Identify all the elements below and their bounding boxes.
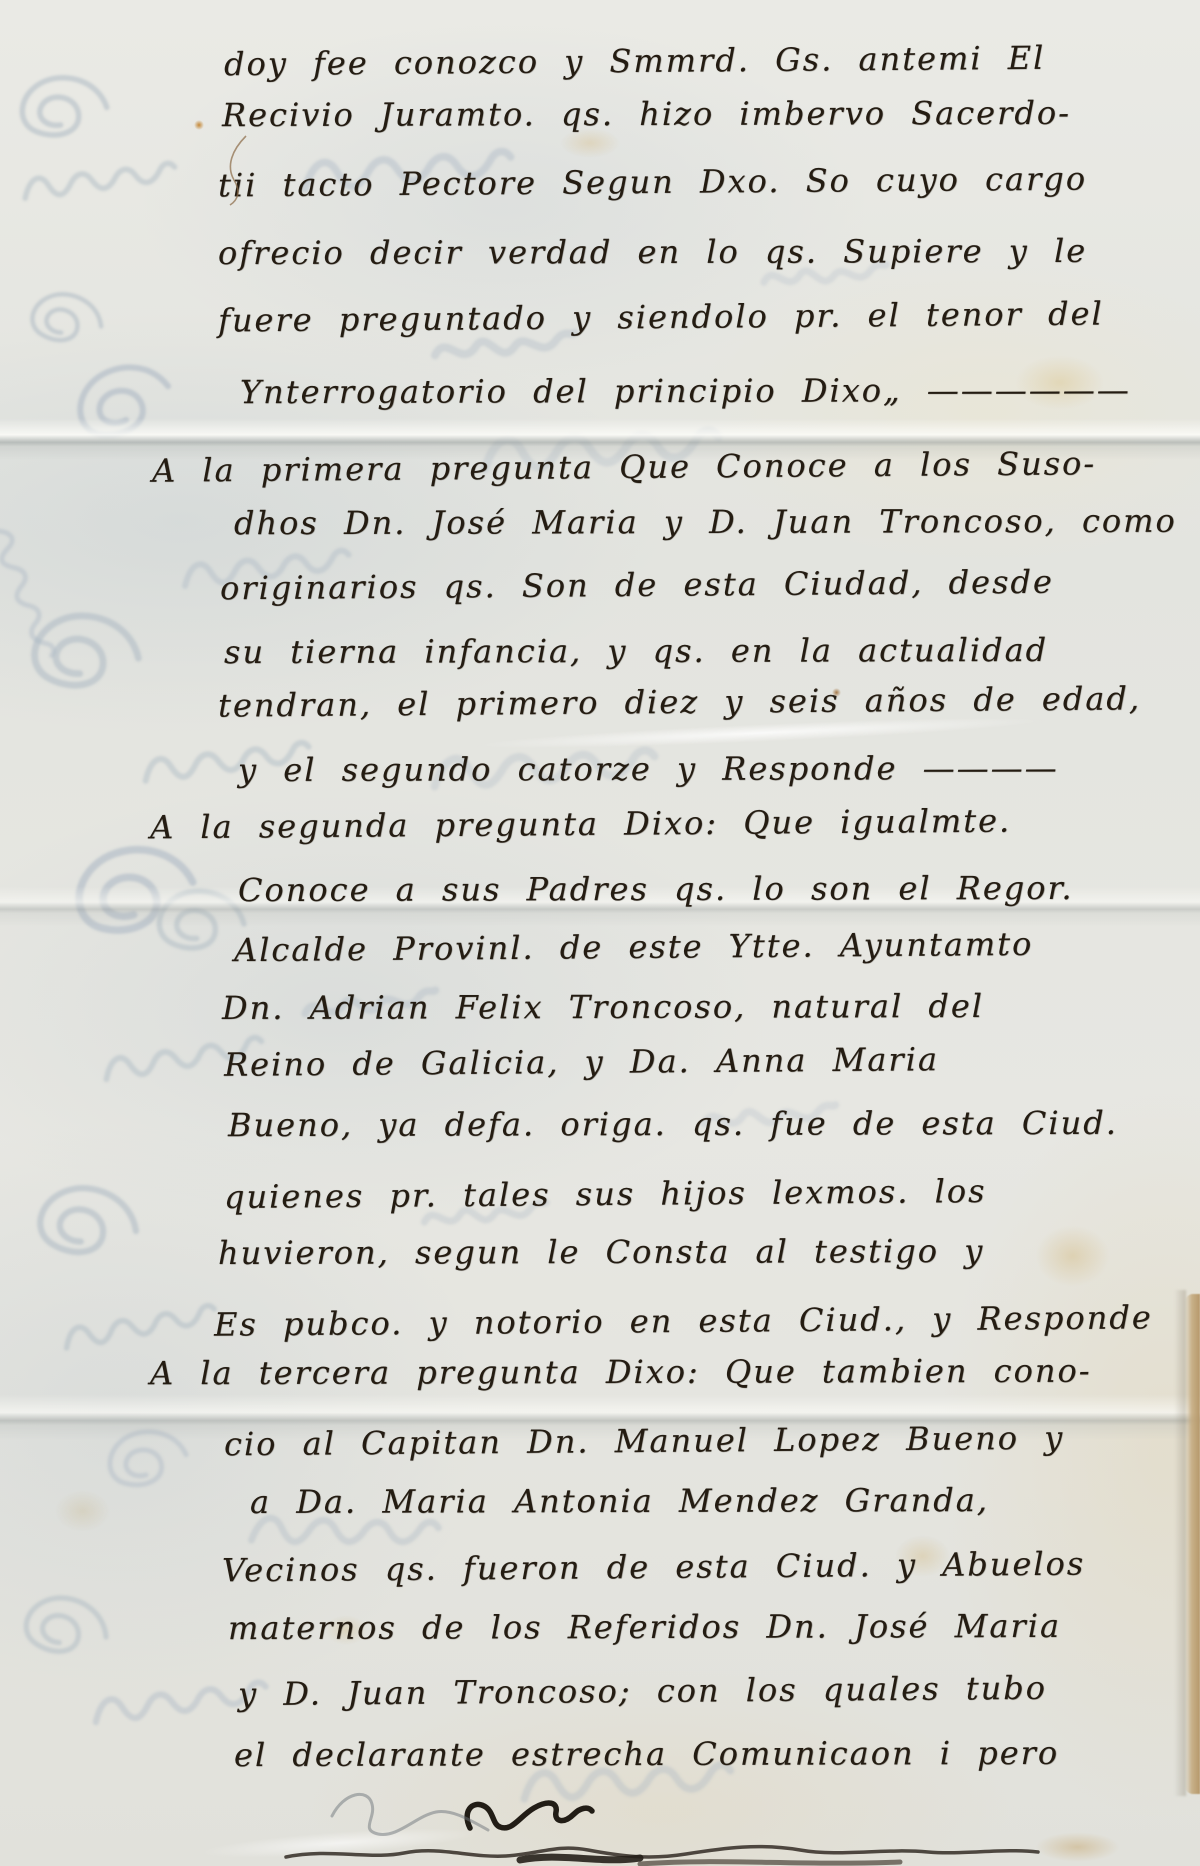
bottom-edge-tear bbox=[520, 1857, 640, 1860]
bottom-edge-tear bbox=[286, 1847, 1038, 1857]
manuscript-page: doy fee conozco y Smmrd. Gs. antemi El R… bbox=[0, 0, 1200, 1866]
ink-marks-overlay bbox=[0, 0, 1200, 1866]
bottom-edge-tear bbox=[640, 1862, 900, 1864]
paper-fiber bbox=[230, 136, 246, 205]
page-edge-strip bbox=[1185, 1294, 1200, 1794]
closing-flourish bbox=[467, 1803, 592, 1828]
